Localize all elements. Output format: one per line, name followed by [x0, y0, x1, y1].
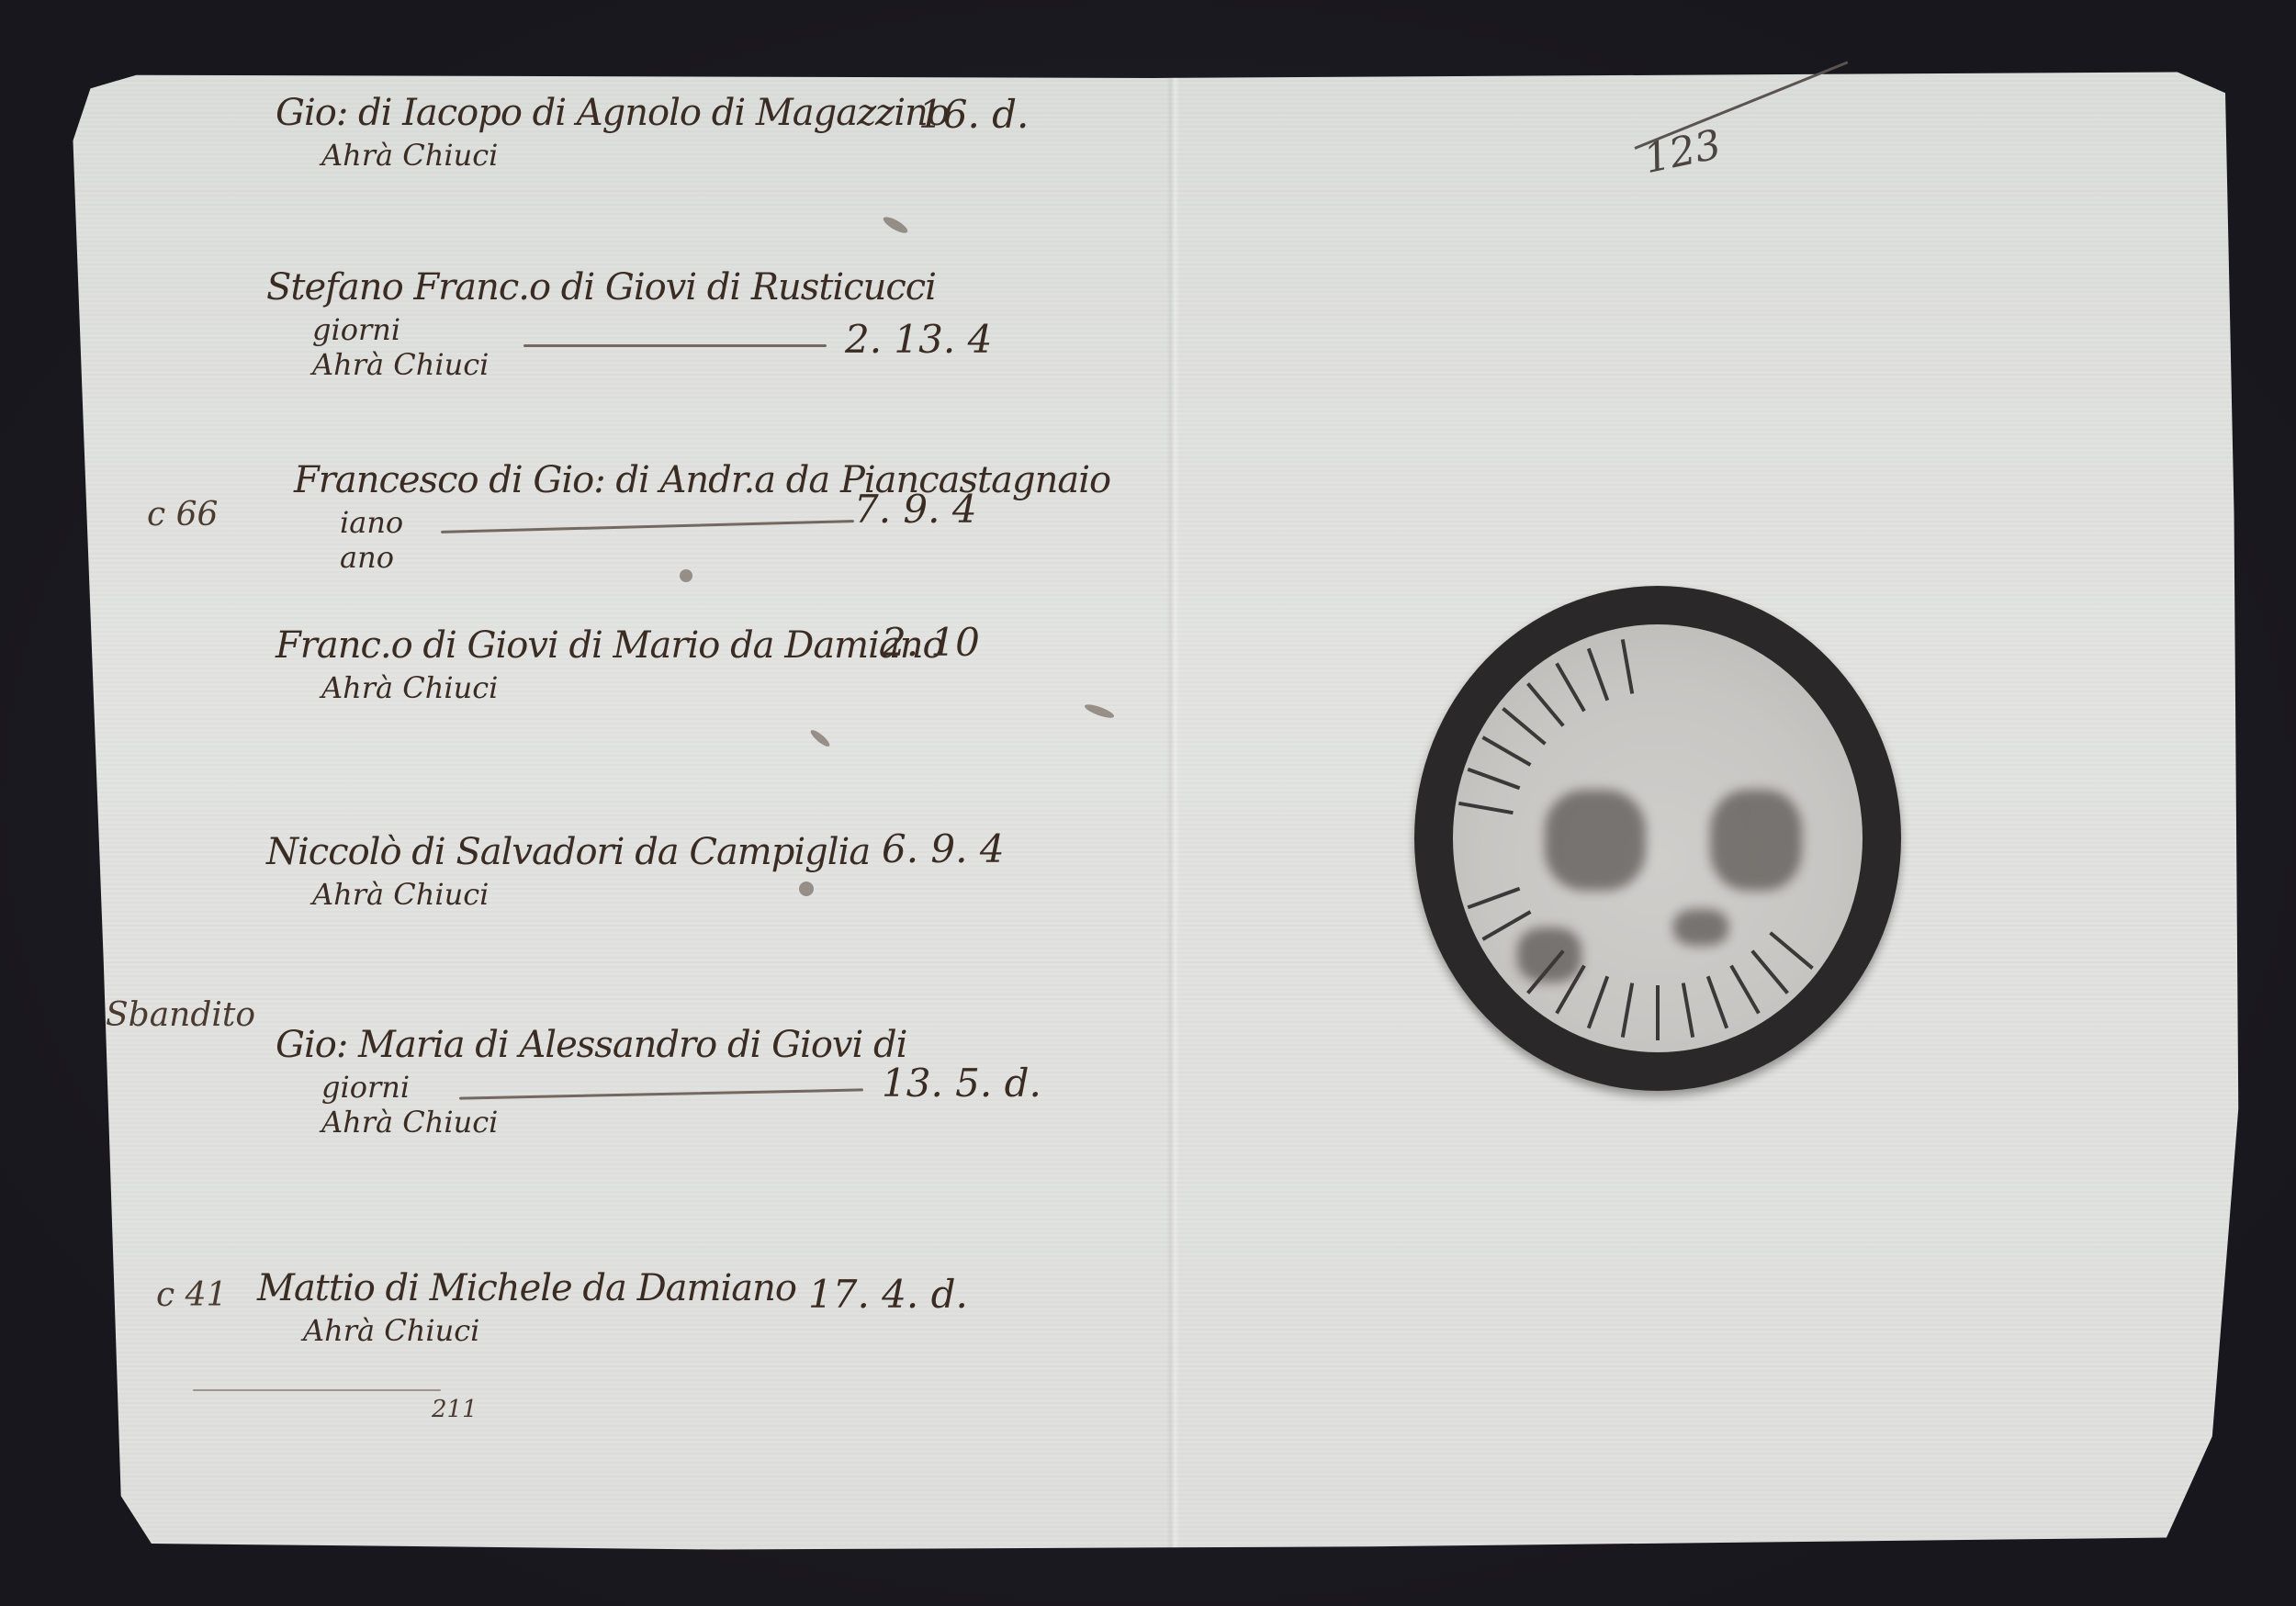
entry-name: Stefano Franc.o di Giovi di Rusticucci	[266, 266, 936, 309]
entry-note-2: Ahrà Chiuci	[312, 347, 936, 382]
entry-amount-3: 7. 9. 4	[854, 487, 977, 532]
face-shadow-right-eye	[1710, 790, 1802, 891]
register-entry-6: Gio: Maria di Alessandro di Giovi di gio…	[276, 1024, 906, 1140]
ink-splotch	[680, 569, 692, 582]
entry-name: Gio: Maria di Alessandro di Giovi di	[276, 1024, 906, 1066]
identification-token	[1414, 586, 1901, 1091]
entry-note: Ahrà Chiuci	[303, 1313, 796, 1348]
footer-rule	[193, 1389, 441, 1391]
ink-splotch	[799, 882, 814, 896]
center-fold	[1166, 66, 1179, 1555]
register-entry-2: Stefano Franc.o di Giovi di Rusticucci g…	[266, 266, 936, 382]
margin-note-7: c 41	[156, 1276, 227, 1314]
entry-amount-2: 2. 13. 4	[845, 317, 992, 362]
face-shadow-chin	[1517, 927, 1581, 983]
entry-note: Ahrà Chiuci	[312, 877, 870, 912]
margin-note-3: c 66	[147, 496, 218, 533]
dash-leader	[523, 344, 827, 347]
margin-note-6: Sbandito	[106, 996, 255, 1034]
entry-note: Ahrà Chiuci	[321, 138, 949, 173]
entry-note-2: Ahrà Chiuci	[321, 1105, 906, 1140]
entry-name: Francesco di Gio: di Andr.a da Piancasta…	[294, 459, 1110, 501]
entry-note-2: ano	[340, 540, 1110, 575]
pin	[1656, 985, 1660, 1040]
register-entry-3: Francesco di Gio: di Andr.a da Piancasta…	[294, 459, 1110, 575]
register-entry-1: Gio: di Iacopo di Agnolo di Magazzino Ah…	[276, 92, 949, 173]
entry-amount-4: 2. 10	[882, 620, 980, 665]
register-entry-4: Franc.o di Giovi di Mario da Damiano Ahr…	[276, 624, 944, 705]
entry-amount-7: 17. 4. d.	[808, 1272, 968, 1317]
register-entry-5: Niccolò di Salvadori da Campiglia Ahrà C…	[266, 831, 870, 912]
face-shadow-mouth	[1673, 909, 1728, 946]
entry-amount-1: 16. d.	[918, 92, 1029, 137]
entry-note: Ahrà Chiuci	[321, 670, 944, 705]
entry-amount-5: 6. 9. 4	[882, 826, 1005, 871]
entry-name: Mattio di Michele da Damiano	[257, 1267, 796, 1309]
entry-name: Gio: di Iacopo di Agnolo di Magazzino	[276, 92, 949, 134]
entry-name: Franc.o di Giovi di Mario da Damiano	[276, 624, 944, 667]
entry-note: giorni	[312, 312, 936, 347]
entry-name: Niccolò di Salvadori da Campiglia	[266, 831, 870, 873]
footer-note: 211	[432, 1396, 478, 1423]
face-shadow-left-eye	[1545, 790, 1646, 891]
entry-amount-6: 13. 5. d.	[882, 1061, 1041, 1106]
register-entry-7: Mattio di Michele da Damiano Ahrà Chiuci	[257, 1267, 796, 1348]
entry-note: giorni	[321, 1070, 906, 1105]
